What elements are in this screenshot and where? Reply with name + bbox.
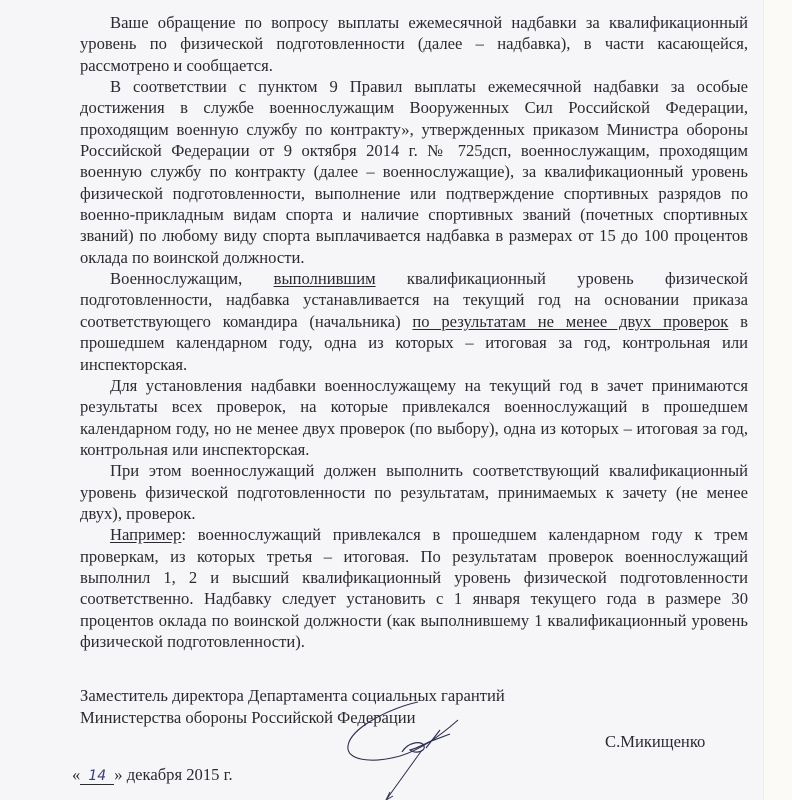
scan-edge-strip — [763, 0, 792, 800]
paragraph-conditions: Военнослужащим, выполнившим квалификацио… — [80, 268, 748, 375]
document-page: Ваше обращение по вопросу выплаты ежемес… — [0, 0, 763, 800]
handwritten-signature-icon — [330, 690, 480, 800]
paragraph-regulation: В соответствии с пунктом 9 Правил выплат… — [80, 76, 748, 268]
underlined-text: Например — [110, 525, 181, 544]
date-open-quote: « — [72, 765, 80, 784]
document-date: «14» декабря 2015 г. — [72, 765, 233, 785]
underlined-text: по результатам не менее двух проверок — [412, 312, 728, 331]
date-month-year: декабря 2015 г. — [123, 765, 233, 784]
text-segment: Военнослужащим, — [110, 269, 274, 288]
paragraph-requirement: При этом военнослужащий должен выполнить… — [80, 460, 748, 524]
signer-name: С.Микищенко — [605, 732, 705, 752]
letter-body: Ваше обращение по вопросу выплаты ежемес… — [80, 12, 748, 652]
paragraph-results-credit: Для установления надбавки военнослужащем… — [80, 375, 748, 460]
paragraph-intro: Ваше обращение по вопросу выплаты ежемес… — [80, 12, 748, 76]
text-segment: В соответствии с пунктом 9 Правил выплат… — [80, 77, 748, 267]
text-segment: Для установления надбавки военнослужащем… — [80, 376, 748, 459]
date-close-quote: » — [114, 765, 122, 784]
text-segment: Ваше обращение по вопросу выплаты ежемес… — [80, 13, 748, 75]
text-segment: При этом военнослужащий должен выполнить… — [80, 461, 748, 523]
paragraph-example: Например: военнослужащий привлекался в п… — [80, 524, 748, 652]
underlined-text: выполнившим — [274, 269, 376, 288]
date-day-handwritten: 14 — [80, 768, 114, 785]
